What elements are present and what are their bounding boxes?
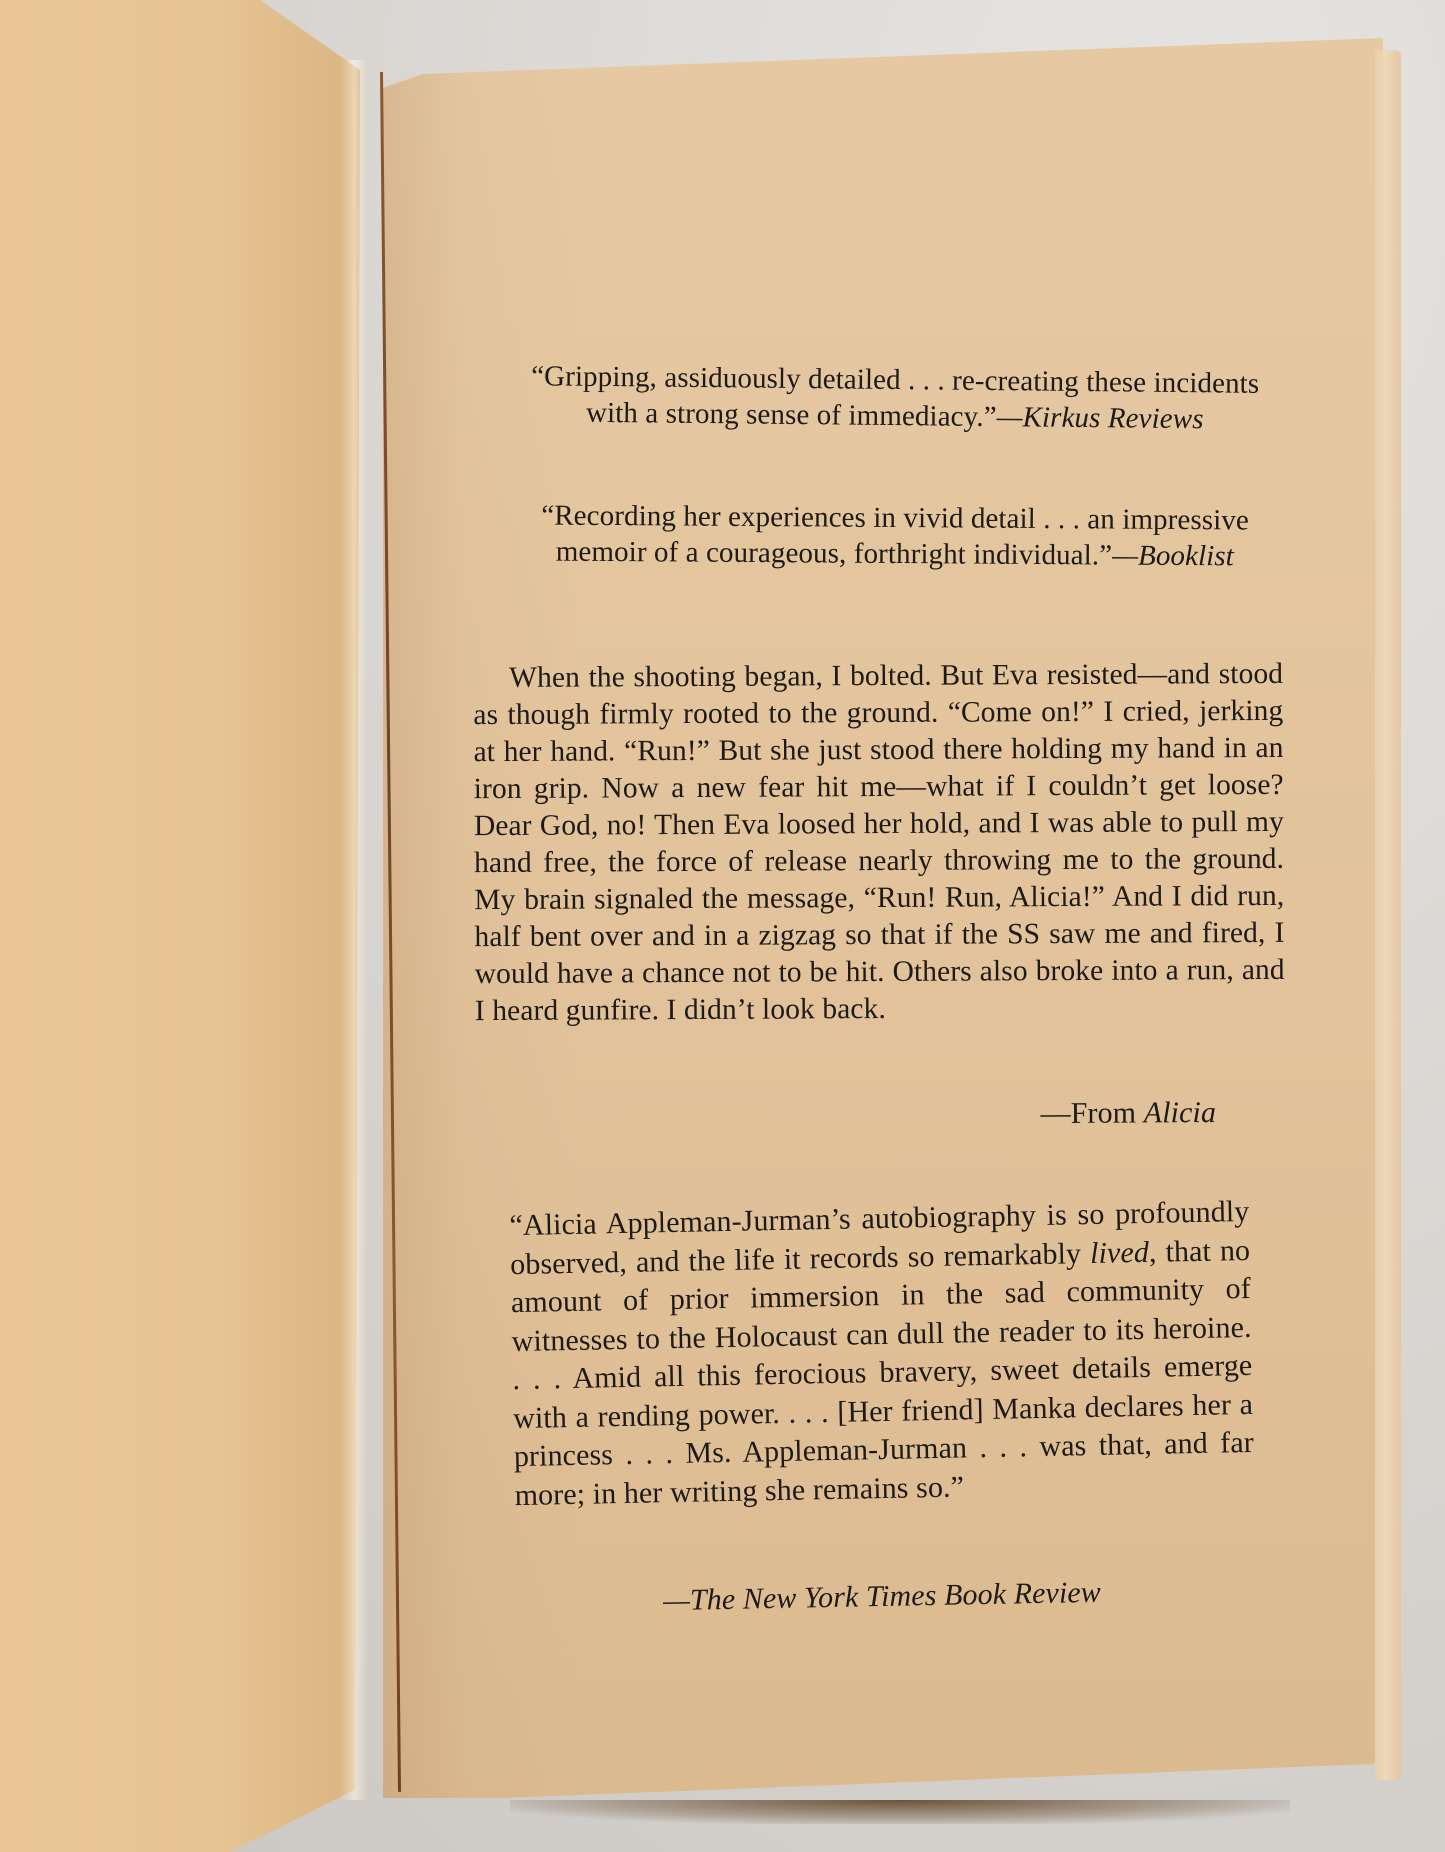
blurb-source: —Booklist <box>1112 540 1234 573</box>
blurb-booklist: “Recording her experiences in vivid deta… <box>530 497 1260 574</box>
excerpt-source-title: Alicia <box>1144 1096 1216 1129</box>
left-page-edge <box>340 60 366 1800</box>
book-shadow <box>510 1800 1290 1824</box>
book-excerpt: When the shooting began, I bolted. But E… <box>473 656 1285 1030</box>
review-italic-word: lived <box>1090 1235 1149 1269</box>
left-page <box>0 0 360 1852</box>
page-stack-edge <box>1375 50 1401 1780</box>
excerpt-text: When the shooting began, I bolted. But E… <box>473 656 1285 1030</box>
excerpt-attribution: —From Alicia <box>474 1094 1216 1135</box>
blurb-source: —Kirkus Reviews <box>996 401 1203 435</box>
blurb-kirkus: “Gripping, assiduously detailed . . . re… <box>505 358 1286 438</box>
excerpt-source-prefix: —From <box>1041 1096 1144 1130</box>
review-nyt: “Alicia Appleman-Jurman’s autobiography … <box>509 1193 1255 1515</box>
